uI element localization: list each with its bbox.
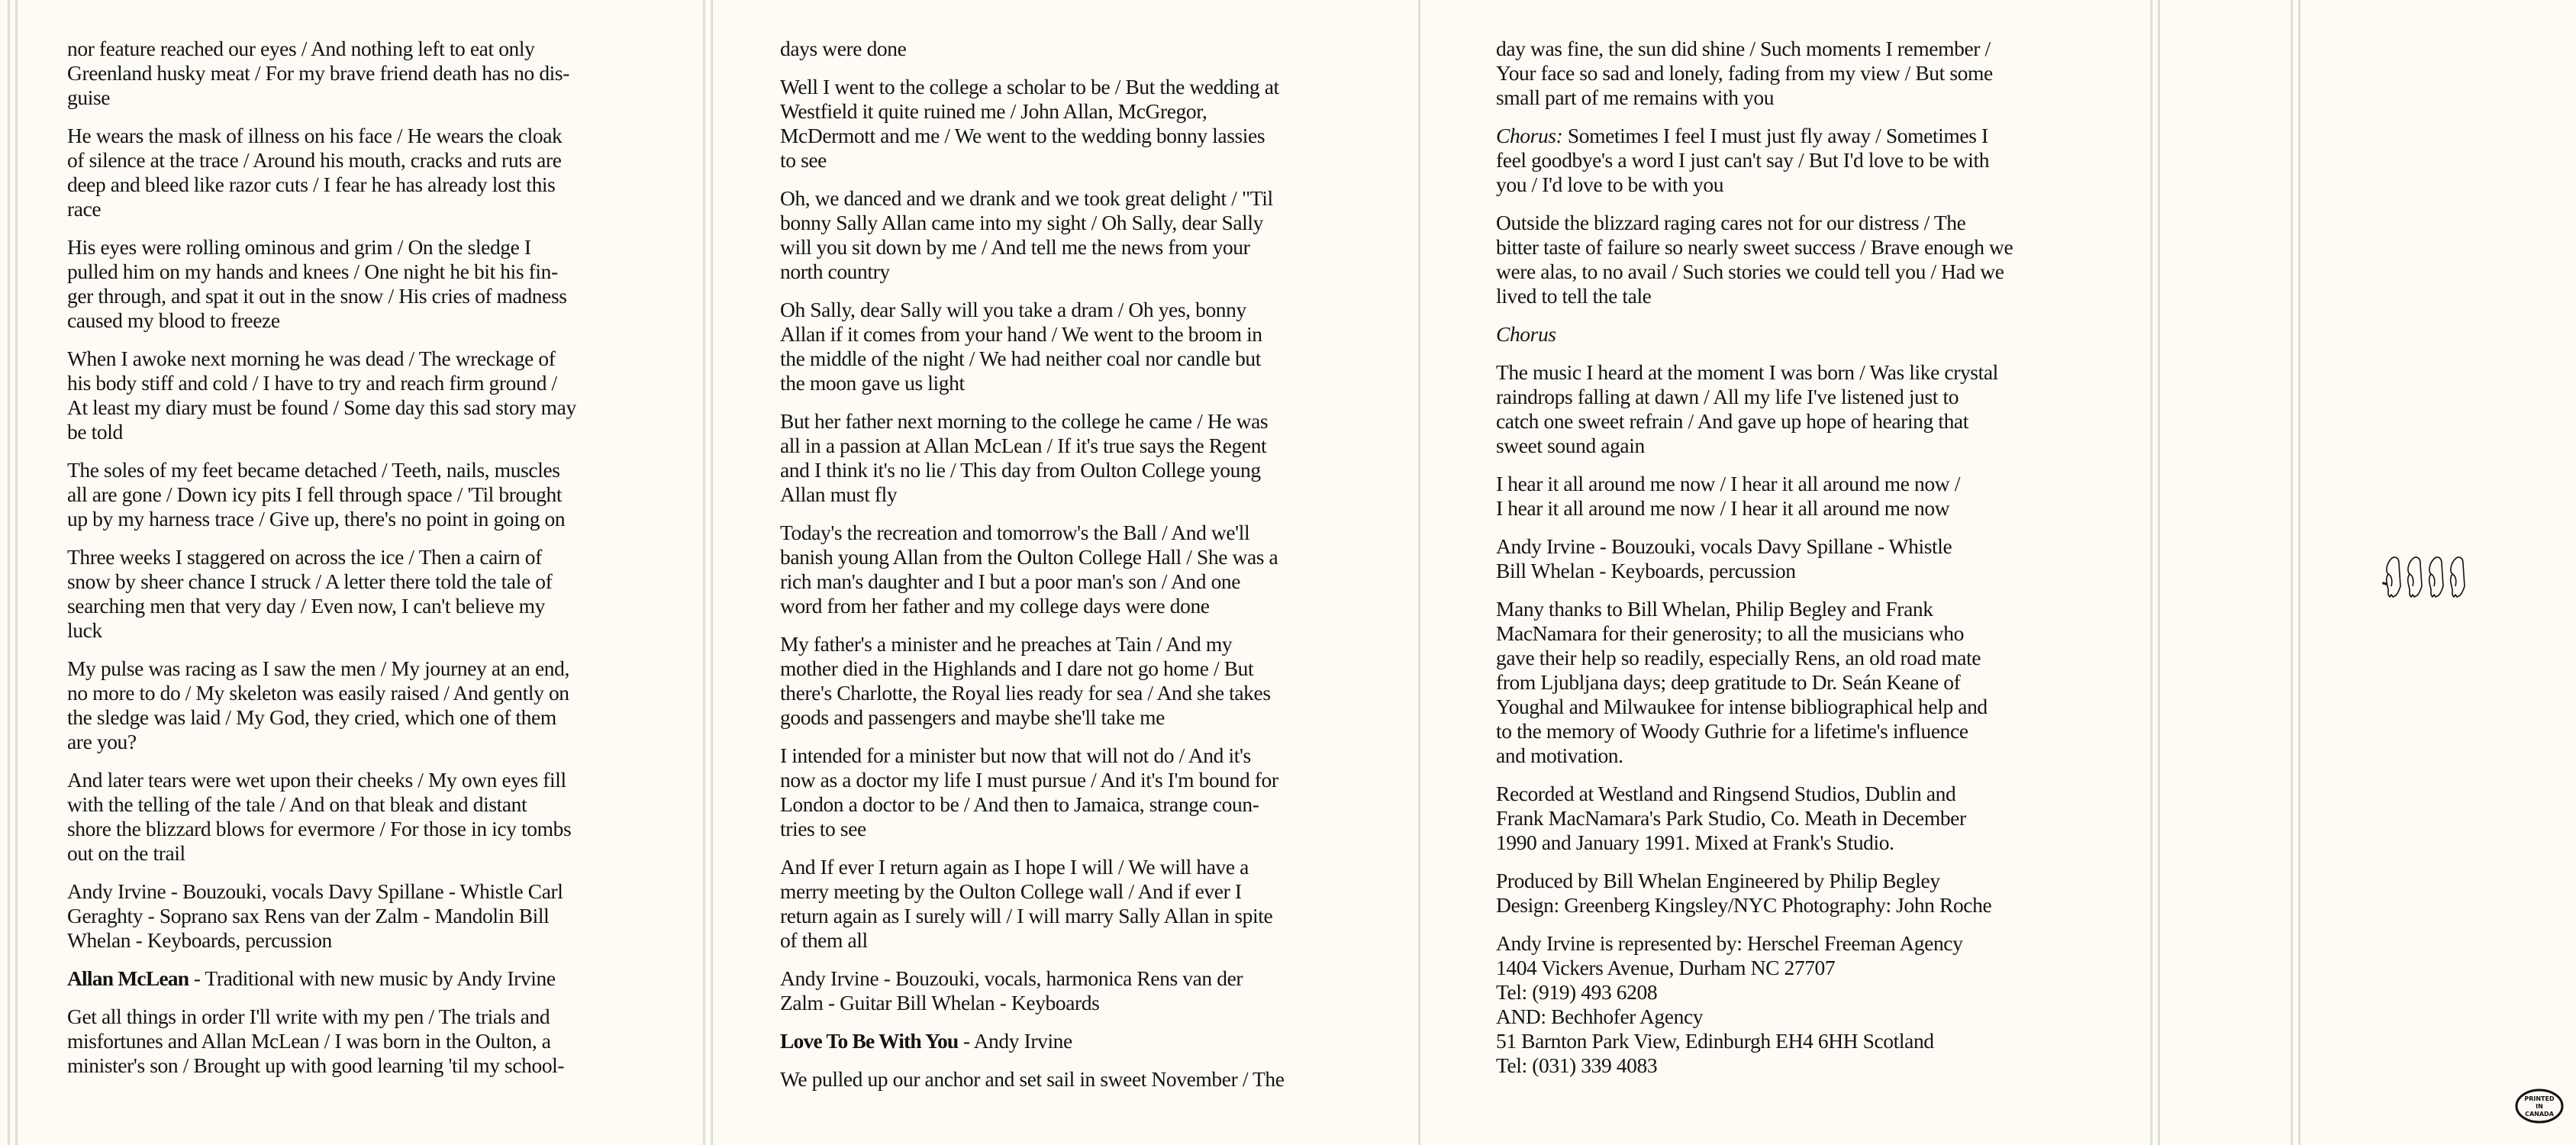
fold-line xyxy=(2150,0,2152,1145)
song-heading: Allan McLean - Traditional with new musi… xyxy=(67,966,701,991)
lyric-paragraph: Oh, we danced and we drank and we took g… xyxy=(780,186,1414,284)
recording-info: Recorded at Westland and Ringsend Studio… xyxy=(1496,782,2137,855)
badge-line-1: PRINTED xyxy=(2524,1095,2555,1102)
fold-line xyxy=(703,0,705,1145)
fold-line xyxy=(711,0,713,1145)
lyric-paragraph: Oh Sally, dear Sally will you take a dra… xyxy=(780,298,1414,395)
chorus-paragraph: Chorus: Sometimes I feel I must just fly… xyxy=(1496,124,2137,197)
lyric-paragraph: Today's the recreation and tomorrow's th… xyxy=(780,521,1414,618)
lyric-paragraph: Well I went to the college a scholar to … xyxy=(780,75,1414,173)
lyric-paragraph: We pulled up our anchor and set sail in … xyxy=(780,1067,1414,1092)
lyric-paragraph: The music I heard at the moment I was bo… xyxy=(1496,360,2137,458)
lyrics-column-3: day was fine, the sun did shine / Such m… xyxy=(1496,37,2137,1092)
lyric-paragraph: nor feature reached our eyes / And nothi… xyxy=(67,37,701,110)
lyric-paragraph: And later tears were wet upon their chee… xyxy=(67,768,701,866)
badge-line-2: IN xyxy=(2536,1103,2543,1110)
fold-line xyxy=(15,0,18,1145)
lyric-paragraph: I intended for a minister but now that w… xyxy=(780,743,1414,841)
lyric-paragraph: My pulse was racing as I saw the men / M… xyxy=(67,656,701,754)
badge-line-3: CANADA xyxy=(2525,1111,2555,1118)
lyric-paragraph: But her father next morning to the colle… xyxy=(780,409,1414,507)
representation-contact: Andy Irvine is represented by: Herschel … xyxy=(1496,931,2137,1078)
musician-credits: Andy Irvine - Bouzouki, vocals, harmonic… xyxy=(780,966,1414,1015)
fold-line xyxy=(2158,0,2160,1145)
production-credits: Produced by Bill Whelan Engineered by Ph… xyxy=(1496,869,2137,918)
chorus-label: Chorus: xyxy=(1496,124,1562,147)
lyric-paragraph: He wears the mask of illness on his face… xyxy=(67,124,701,221)
song-credit: - Traditional with new music by Andy Irv… xyxy=(189,966,555,990)
song-heading: Love To Be With You - Andy Irvine xyxy=(780,1029,1414,1053)
fold-line xyxy=(2298,0,2300,1145)
lyric-paragraph: Outside the blizzard raging cares not fo… xyxy=(1496,211,2137,308)
lyric-paragraph: I hear it all around me now / I hear it … xyxy=(1496,472,2137,521)
printed-in-canada-badge-icon: PRINTED IN CANADA xyxy=(2515,1088,2564,1124)
chorus-text: Sometimes I feel I must just fly away / … xyxy=(1496,124,1989,196)
song-title: Allan McLean xyxy=(67,966,189,990)
lyrics-column-1: nor feature reached our eyes / And nothi… xyxy=(67,37,701,1092)
chorus-repeat-label: Chorus xyxy=(1496,322,2137,347)
panel-4-flap xyxy=(2158,0,2291,1145)
musician-credits: Andy Irvine - Bouzouki, vocals Davy Spil… xyxy=(67,879,701,953)
lyric-paragraph: And If ever I return again as I hope I w… xyxy=(780,855,1414,953)
song-credit: - Andy Irvine xyxy=(958,1029,1072,1053)
fold-line xyxy=(8,0,10,1145)
lyric-paragraph: His eyes were rolling ominous and grim /… xyxy=(67,235,701,333)
lyric-paragraph: My father's a minister and he preaches a… xyxy=(780,632,1414,730)
fold-line xyxy=(2291,0,2293,1145)
lyric-paragraph: day was fine, the sun did shine / Such m… xyxy=(1496,37,2137,110)
lyric-paragraph: The soles of my feet became detached / T… xyxy=(67,458,701,531)
fold-line xyxy=(1418,0,1420,1145)
song-title: Love To Be With You xyxy=(780,1029,958,1053)
acknowledgements: Many thanks to Bill Whelan, Philip Begle… xyxy=(1496,597,2137,768)
lyrics-column-2: days were done Well I went to the colleg… xyxy=(780,37,1414,1105)
musician-credits: Andy Irvine - Bouzouki, vocals Davy Spil… xyxy=(1496,534,2137,583)
lyric-paragraph: days were done xyxy=(780,37,1414,61)
lyric-paragraph: When I awoke next morning he was dead / … xyxy=(67,347,701,444)
lyric-paragraph: Get all things in order I'll write with … xyxy=(67,1005,701,1078)
four-birds-logo-icon xyxy=(2379,548,2471,603)
lyric-paragraph: Three weeks I staggered on across the ic… xyxy=(67,545,701,643)
